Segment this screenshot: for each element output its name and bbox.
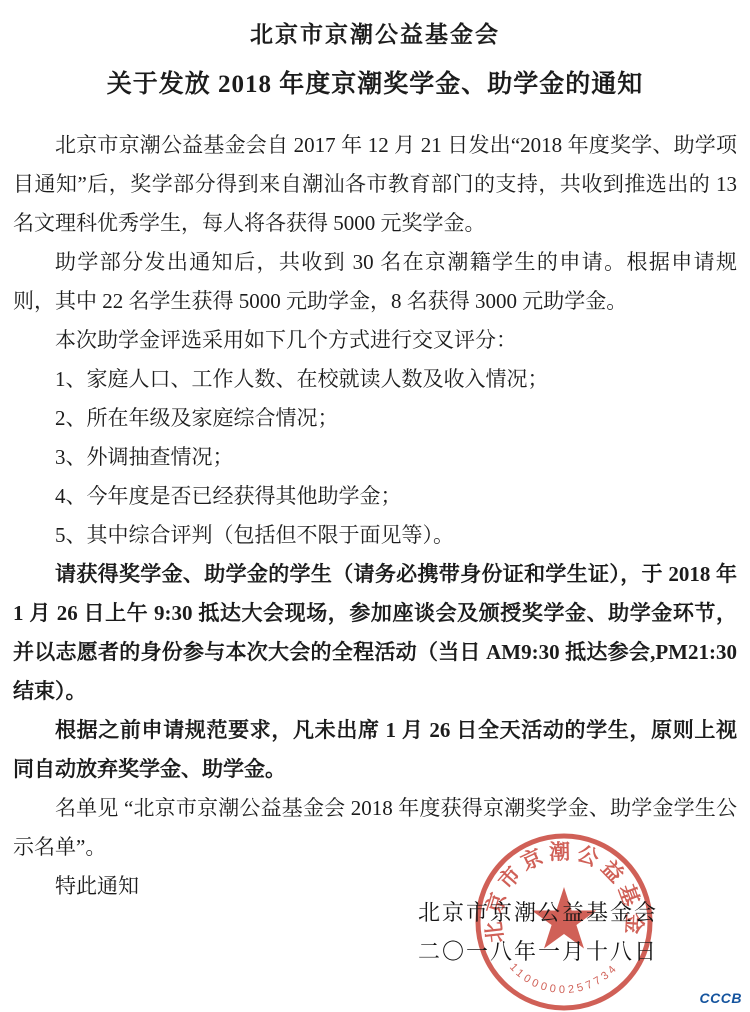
document-org-title: 北京市京潮公益基金会 bbox=[0, 16, 750, 49]
paragraph-ceremony-instructions: 请获得奖学金、助学金的学生（请务必携带身份证和学生证），于 2018 年 1 月… bbox=[13, 555, 737, 711]
paragraph-name-list-reference: 名单见 “北京市京潮公益基金会 2018 年度获得京潮奖学金、助学金学生公示名单… bbox=[13, 789, 737, 867]
paragraph-criteria-intro: 本次助学金评选采用如下几个方式进行交叉评分： bbox=[13, 321, 737, 360]
paragraph-attendance-rule: 根据之前申请规范要求，凡未出席 1 月 26 日全天活动的学生，原则上视同自动放… bbox=[13, 711, 737, 789]
signature-date: 二〇一八年一月十八日 bbox=[418, 932, 658, 971]
document-page: 北京市京潮公益基金会 关于发放 2018 年度京潮奖学金、助学金的通知 北京市京… bbox=[0, 0, 750, 1012]
document-subject-title: 关于发放 2018 年度京潮奖学金、助学金的通知 bbox=[0, 64, 750, 100]
signature-organization: 北京市京潮公益基金会 bbox=[418, 893, 658, 932]
cccb-logo: CCCB bbox=[700, 990, 742, 1006]
paragraph-scholarship-intro: 北京市京潮公益基金会自 2017 年 12 月 21 日发出“2018 年度奖学… bbox=[13, 126, 737, 243]
criteria-item-2: 2、所在年级及家庭综合情况； bbox=[13, 399, 737, 438]
paragraph-grant-applications: 助学部分发出通知后，共收到 30 名在京潮籍学生的申请。根据申请规则，其中 22… bbox=[13, 243, 737, 321]
criteria-item-1: 1、家庭人口、工作人数、在校就读人数及收入情况； bbox=[13, 360, 737, 399]
criteria-item-5: 5、其中综合评判（包括但不限于面见等）。 bbox=[13, 516, 737, 555]
criteria-item-3: 3、外调抽查情况； bbox=[13, 438, 737, 477]
criteria-item-4: 4、今年度是否已经获得其他助学金； bbox=[13, 477, 737, 516]
document-body: 北京市京潮公益基金会自 2017 年 12 月 21 日发出“2018 年度奖学… bbox=[13, 126, 737, 906]
signature-block: 北京市京潮公益基金会 二〇一八年一月十八日 bbox=[418, 893, 658, 971]
